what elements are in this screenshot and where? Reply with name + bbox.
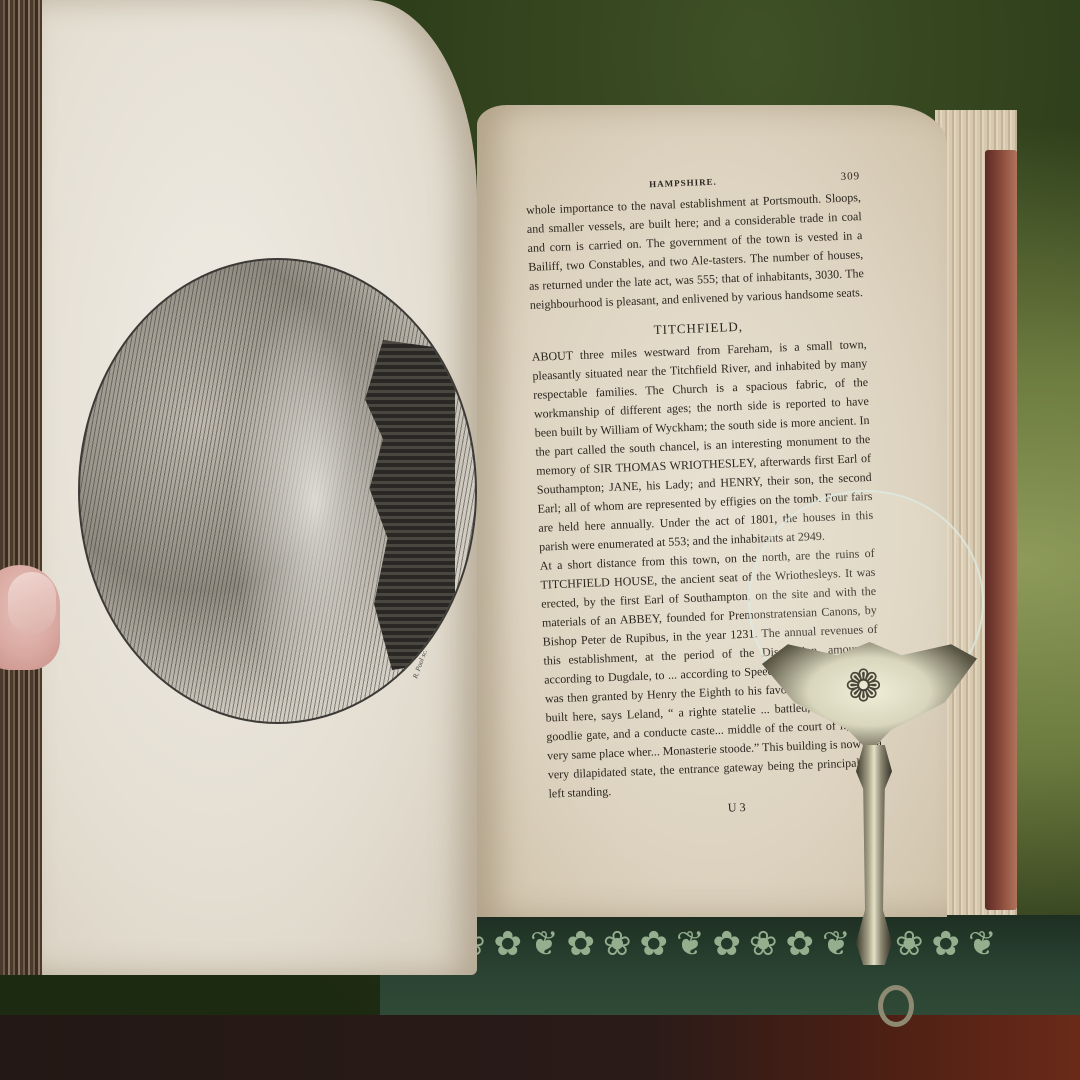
photo-scene: ❦✿❀✿❦✿❀✿❦✿❀✿❦✿❀✿❦ R. Pool sc. HAMPSHIRE.… xyxy=(0,0,1080,1080)
gilt-motif-icon: ✿ xyxy=(786,924,817,964)
gilt-motif-icon: ❦ xyxy=(968,924,999,964)
gilt-motif-icon: ❀ xyxy=(895,924,926,964)
engraving-plate xyxy=(78,258,477,724)
gilt-motif-icon: ❀ xyxy=(749,924,780,964)
gilt-border: ❦✿❀✿❦✿❀✿❦✿❀✿❦✿❀✿❦ xyxy=(380,918,1080,970)
engraving-castle xyxy=(365,340,455,670)
magnifier-ring xyxy=(878,985,914,1027)
gilt-motif-icon: ❦ xyxy=(530,924,561,964)
running-head: HAMPSHIRE. xyxy=(649,173,717,195)
book-board-edge xyxy=(985,150,1017,910)
flower-icon: ❁ xyxy=(845,665,882,709)
gilt-motif-icon: ✿ xyxy=(567,924,598,964)
thumbnail-nail xyxy=(8,572,56,634)
page-number: 309 xyxy=(840,167,860,187)
gilt-motif-icon: ❦ xyxy=(822,924,853,964)
gilt-motif-icon: ✿ xyxy=(713,924,744,964)
gilt-motif-icon: ✿ xyxy=(932,924,963,964)
wooden-table-edge xyxy=(0,1015,1080,1080)
gilt-motif-icon: ✿ xyxy=(494,924,525,964)
gilt-motif-icon: ✿ xyxy=(640,924,671,964)
gilt-motif-icon: ❦ xyxy=(676,924,707,964)
intro-paragraph: whole importance to the naval establishm… xyxy=(526,188,865,315)
gilt-motif-icon: ❀ xyxy=(603,924,634,964)
